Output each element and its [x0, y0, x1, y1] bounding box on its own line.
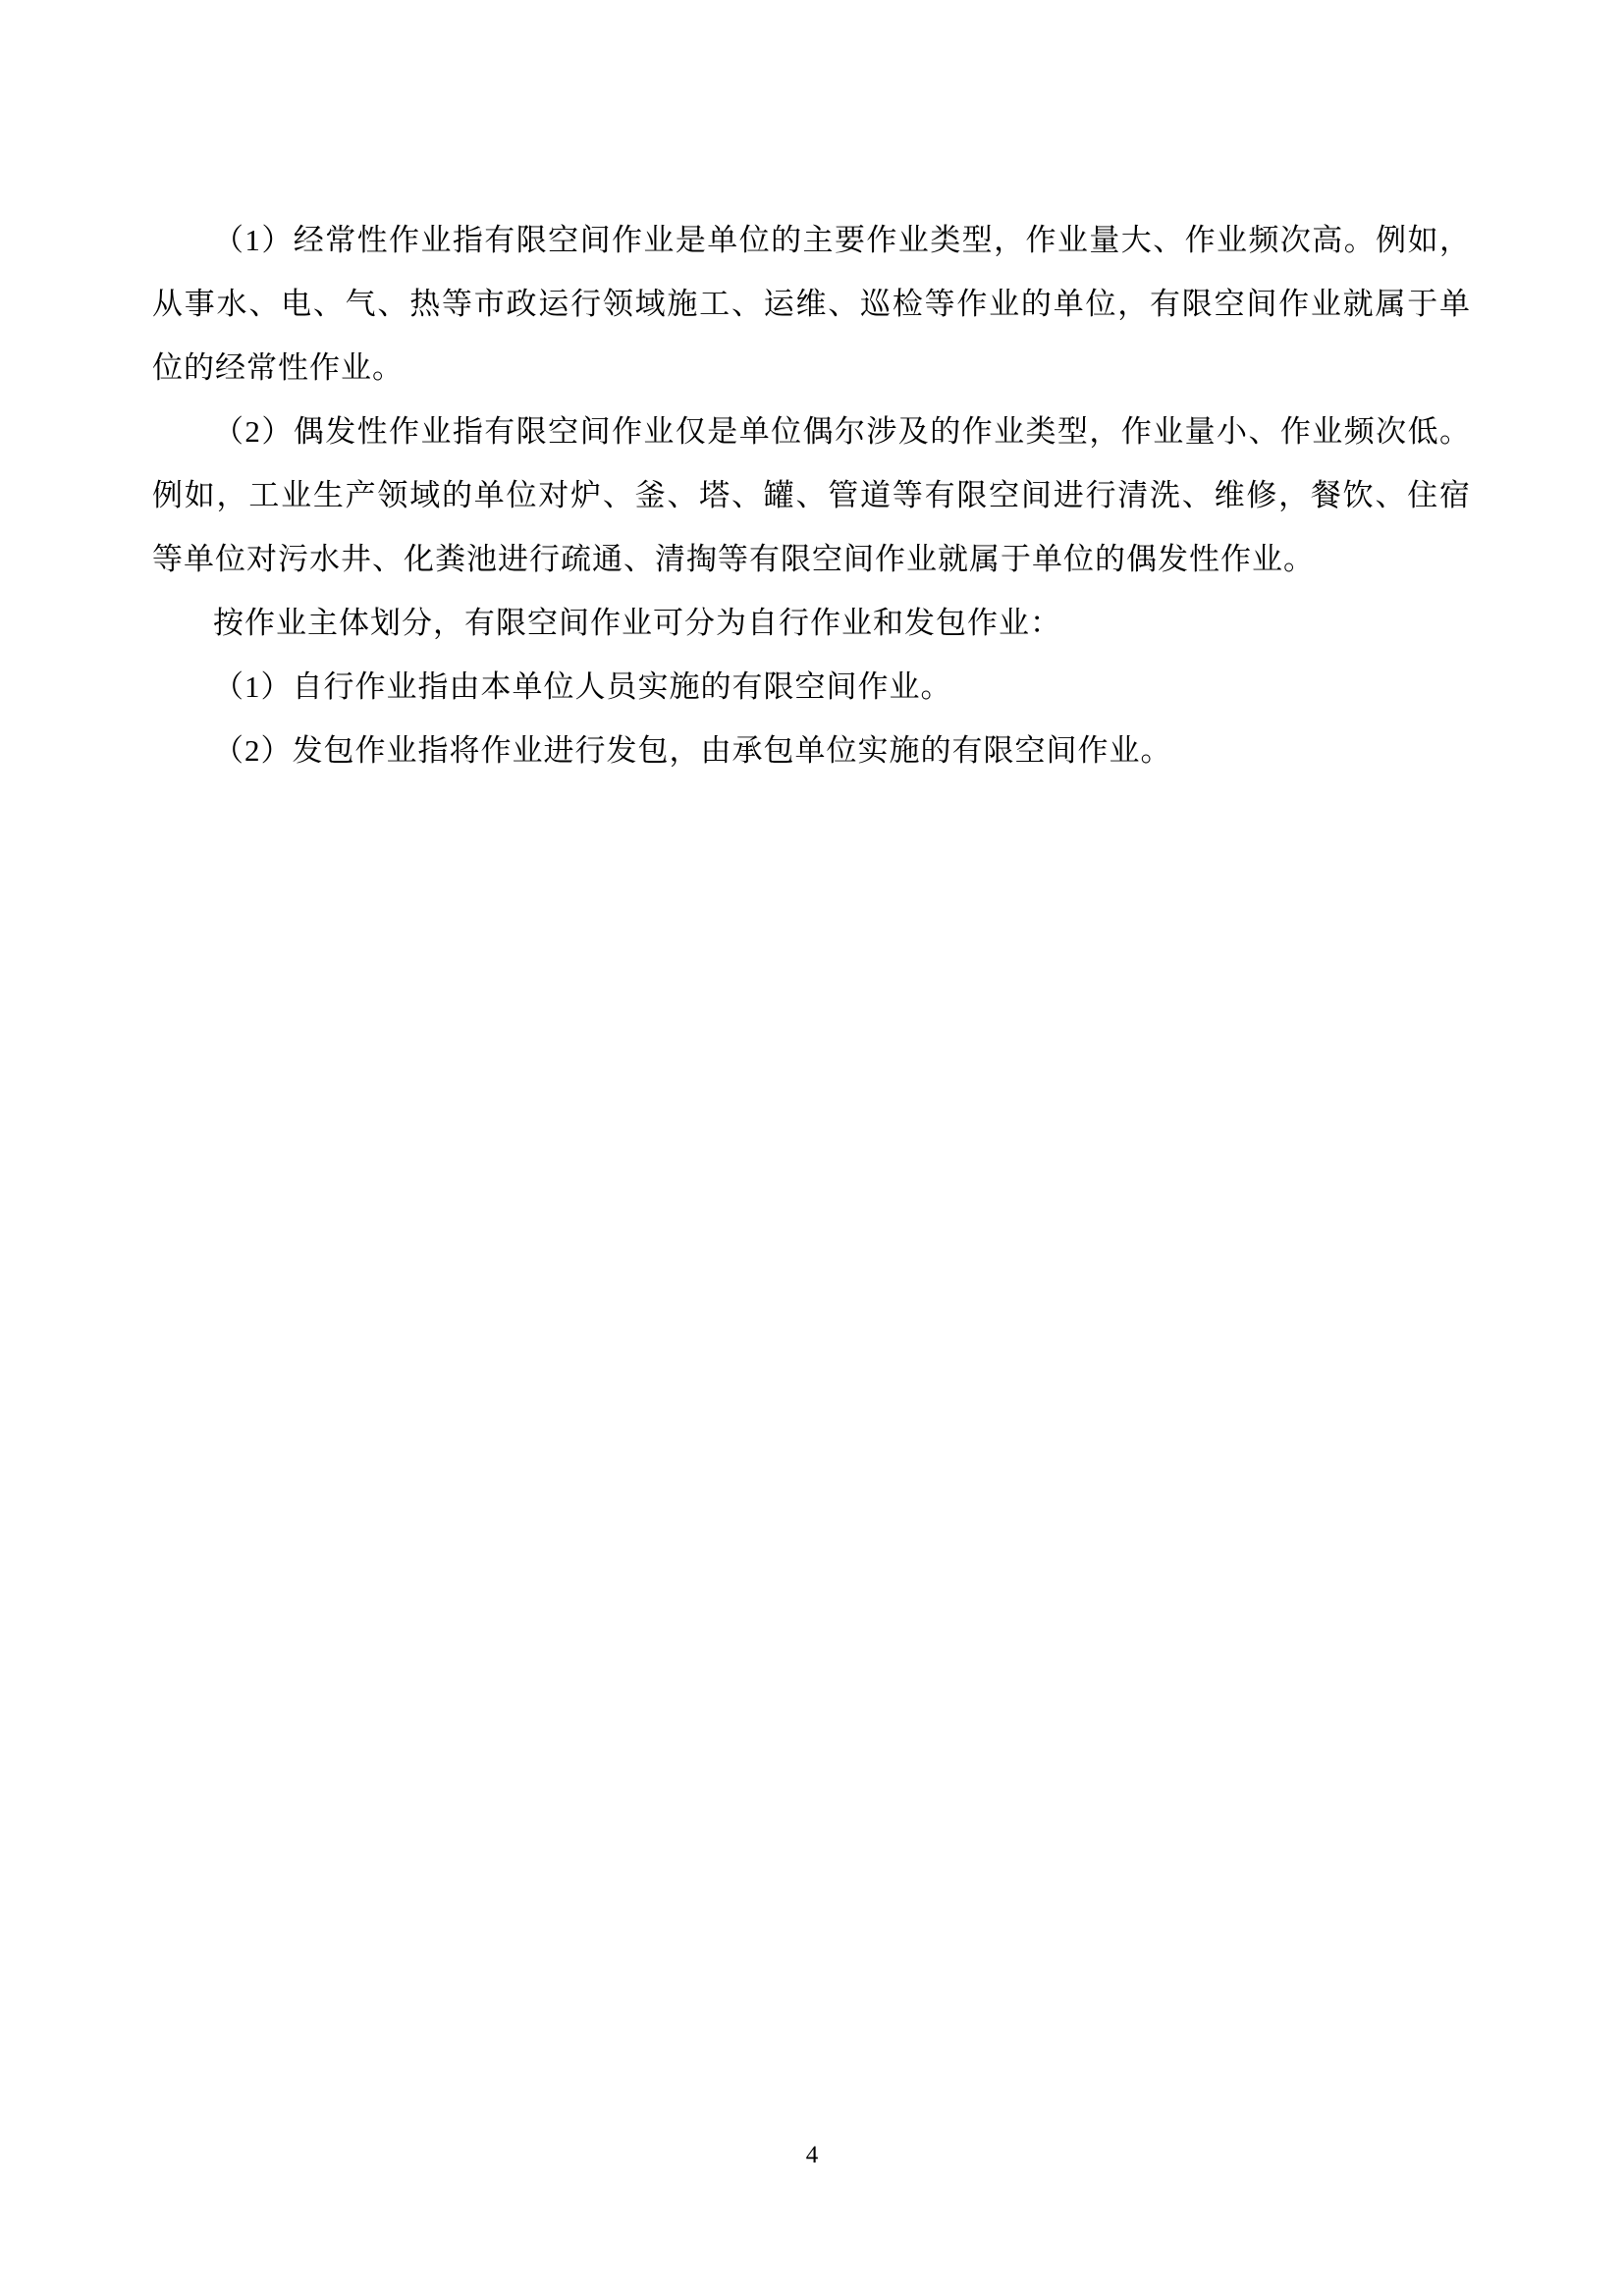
paragraph-by-operating-entity: 按作业主体划分，有限空间作业可分为自行作业和发包作业： [152, 591, 1471, 655]
paragraph-regular-operations: （1）经常性作业指有限空间作业是单位的主要作业类型，作业量大、作业频次高。例如，… [152, 208, 1471, 400]
document-page: （1）经常性作业指有限空间作业是单位的主要作业类型，作业量大、作业频次高。例如，… [0, 0, 1624, 2296]
paragraph-occasional-operations: （2）偶发性作业指有限空间作业仅是单位偶尔涉及的作业类型，作业量小、作业频次低。… [152, 400, 1471, 591]
paragraph-self-performed-operations: （1）自行作业指由本单位人员实施的有限空间作业。 [152, 655, 1471, 719]
paragraph-contracted-operations: （2）发包作业指将作业进行发包，由承包单位实施的有限空间作业。 [152, 719, 1471, 782]
document-body: （1）经常性作业指有限空间作业是单位的主要作业类型，作业量大、作业频次高。例如，… [152, 208, 1471, 782]
page-number: 4 [0, 2141, 1624, 2170]
